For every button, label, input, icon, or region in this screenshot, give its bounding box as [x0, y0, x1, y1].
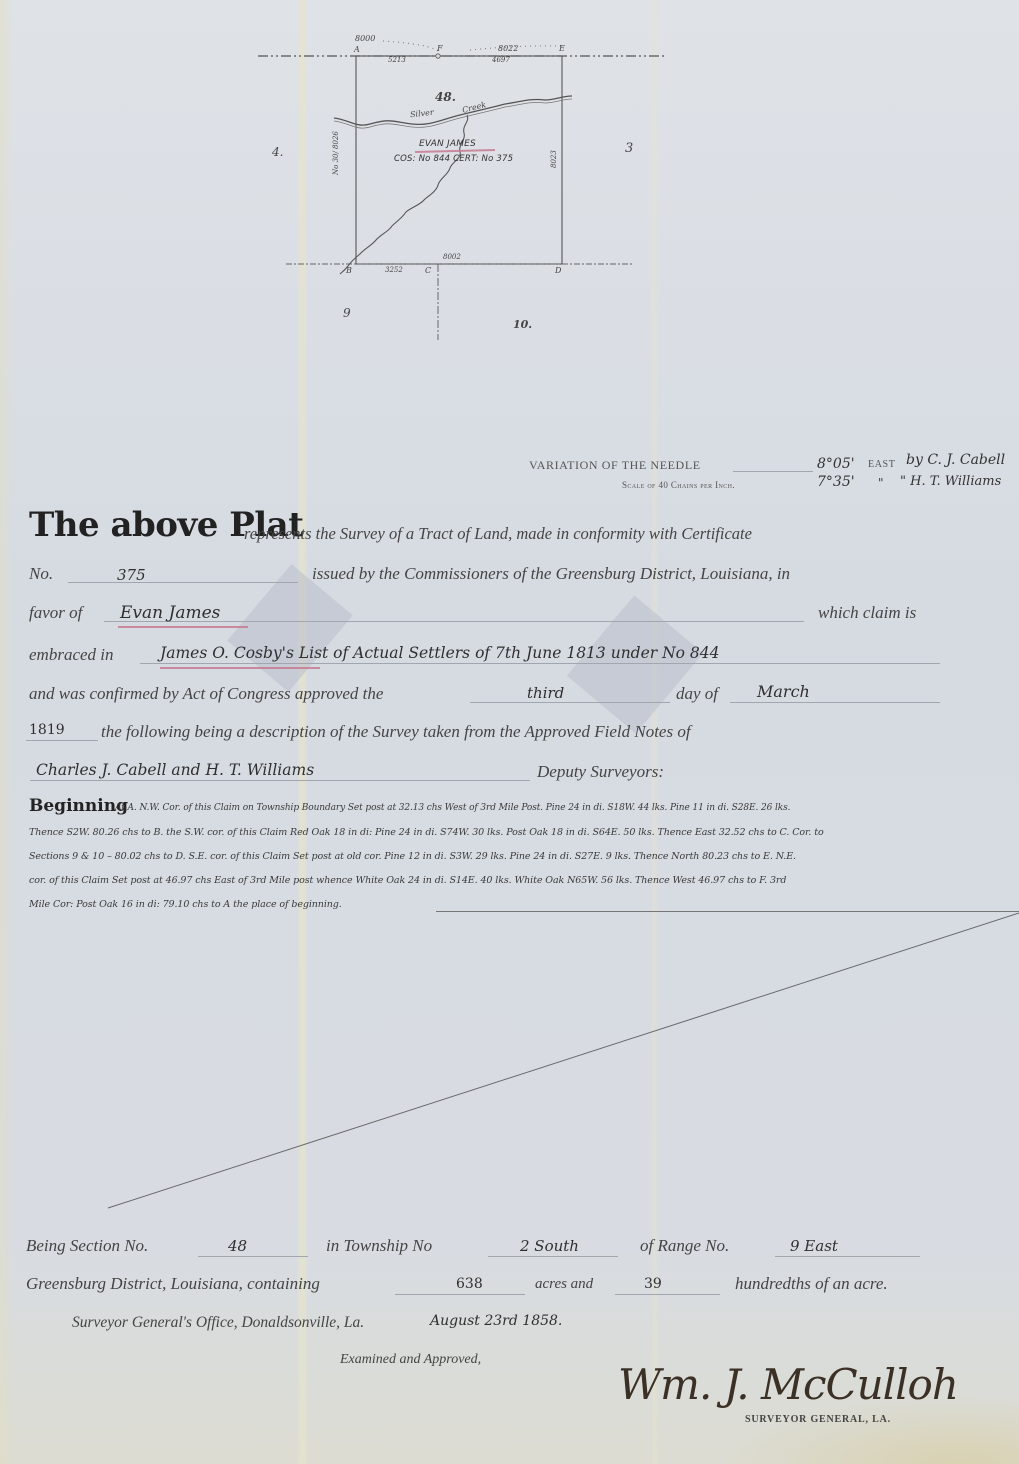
deputy-surveyors-names: Charles J. Cabell and H. T. Williams	[36, 761, 314, 779]
settlers-list-reference: James O. Cosby's List of Actual Settlers…	[160, 644, 720, 662]
certificate-no-rule	[68, 582, 298, 583]
certificate-line-1: represents the Survey of a Tract of Land…	[244, 524, 752, 544]
deputy-surveyors-label: Deputy Surveyors:	[537, 762, 664, 782]
approval-month: March	[757, 682, 810, 701]
hundredths-label: hundredths of an acre.	[735, 1274, 888, 1294]
range-label: of Range No.	[640, 1236, 729, 1256]
field-notes-line-3: Sections 9 & 10 – 80.02 chs to D. S.E. c…	[29, 851, 796, 862]
scale-label: Scale of 40 Chains per Inch.	[622, 480, 735, 490]
corner-label-b: B	[346, 266, 352, 275]
day-of-label: day of	[676, 684, 718, 704]
month-rule	[730, 702, 940, 703]
section-rule	[198, 1256, 308, 1257]
field-notes-end-rule	[436, 911, 1019, 912]
favor-of-label: favor of	[29, 603, 82, 623]
description-line: the following being a description of the…	[101, 722, 691, 742]
corner-label-e: E	[559, 44, 565, 53]
ditto-mark: "	[878, 476, 884, 490]
variation-rule	[733, 471, 813, 472]
embraced-in-rule	[140, 663, 940, 664]
township-value: 2 South	[520, 1237, 579, 1255]
claimant-name-underline	[118, 626, 248, 628]
section-label: Being Section No.	[26, 1236, 148, 1256]
acres-and-label: acres and	[535, 1276, 593, 1293]
range-value: 9 East	[790, 1237, 838, 1255]
district-containing-label: Greensburg District, Louisiana, containi…	[26, 1274, 320, 1294]
surveyor-general-signature: Wm. J. McCulloh	[618, 1360, 958, 1409]
surveyor-general-title: SURVEYOR GENERAL, LA.	[745, 1414, 891, 1425]
field-notes-line-5: Mile Cor: Post Oak 16 in di: 79.10 chs t…	[29, 899, 342, 910]
variation-label: VARIATION OF THE NEEDLE	[529, 458, 701, 473]
certificate-line-2: issued by the Commissioners of the Green…	[312, 564, 790, 584]
field-notes-heading: Beginning	[29, 796, 128, 816]
hundredths-rule	[615, 1294, 720, 1295]
range-rule	[775, 1256, 920, 1257]
plat-segment-top-left: 5213	[388, 56, 406, 64]
plat-section-number: 48.	[435, 90, 456, 104]
variation-surveyor-2: " H. T. Williams	[900, 474, 1001, 489]
plat-value-top-left: 8000	[355, 34, 375, 43]
corner-label-c: C	[425, 266, 431, 275]
plat-bottom-value: 8002	[443, 253, 461, 261]
corner-label-f: F	[437, 44, 443, 53]
adjacent-section-east: 3	[625, 141, 633, 156]
claimant-name: Evan James	[120, 603, 220, 623]
examined-approved: Examined and Approved,	[340, 1352, 481, 1368]
corner-label-a: A	[354, 45, 360, 54]
office-location: Surveyor General's Office, Donaldsonvill…	[72, 1314, 364, 1332]
hundredths-value: 39	[644, 1276, 662, 1292]
survey-date: August 23rd 1858.	[430, 1313, 562, 1329]
plat-segment-top-right: 4697	[492, 56, 510, 64]
certificate-no-label: No.	[29, 564, 53, 584]
acres-rule	[395, 1294, 525, 1295]
variation-value-1: 8°05'	[817, 456, 855, 472]
year-rule	[26, 740, 98, 741]
settlers-list-underline	[160, 667, 320, 669]
embraced-in-label: embraced in	[29, 645, 114, 665]
variation-surveyor-1: by C. J. Cabell	[906, 452, 1005, 468]
plat-segment-bottom-left: 3252	[385, 266, 403, 274]
surveyors-rule	[30, 780, 530, 781]
approval-day: third	[527, 684, 564, 702]
variation-direction: EAST	[868, 459, 895, 470]
confirmed-by-label: and was confirmed by Act of Congress app…	[29, 684, 383, 704]
plat-value-top-right: 8022	[498, 44, 518, 53]
adjacent-section-southeast: 10.	[513, 318, 532, 331]
plat-right-side-value: 8023	[550, 150, 558, 168]
adjacent-section-southwest: 9	[343, 306, 351, 320]
acres-value: 638	[456, 1276, 483, 1292]
field-notes-line-1: At A. N.W. Cor. of this Claim on Townshi…	[115, 803, 790, 813]
plat-left-side-value: No 30/ 8026	[332, 131, 340, 175]
favor-of-suffix: which claim is	[818, 603, 916, 623]
day-rule	[470, 702, 670, 703]
plat-drawing	[0, 0, 1019, 360]
variation-value-2: 7°35'	[817, 474, 855, 490]
field-notes-line-2: Thence S2W. 80.26 chs to B. the S.W. cor…	[29, 827, 824, 838]
township-rule	[488, 1256, 618, 1257]
township-label: in Township No	[326, 1236, 432, 1256]
field-notes-line-4: cor. of this Claim Set post at 46.97 chs…	[29, 875, 786, 886]
certificate-number: 375	[117, 566, 146, 584]
plat-owner-name: EVAN JAMES	[419, 139, 476, 149]
approval-year: 1819	[29, 722, 65, 738]
adjacent-section-west: 4.	[272, 145, 283, 159]
section-number: 48	[228, 1237, 247, 1255]
corner-label-d: D	[555, 266, 561, 275]
plat-owner-reference: COS: No 844 CERT: No 375	[394, 154, 513, 164]
